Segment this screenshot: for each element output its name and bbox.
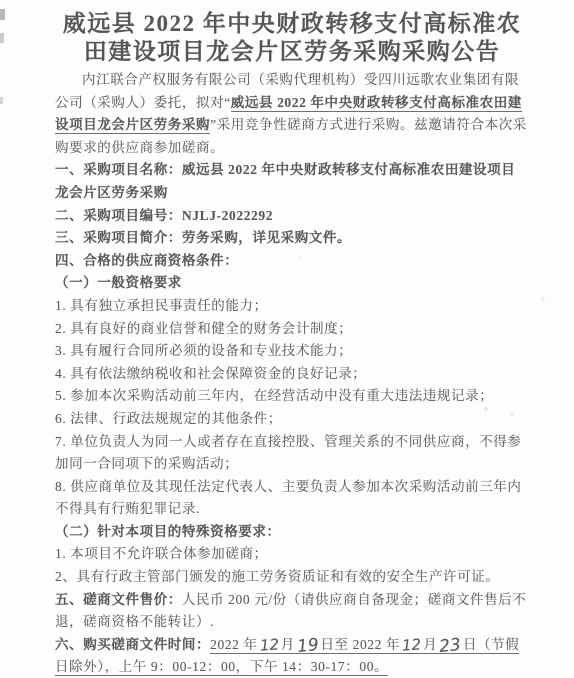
- requirement-item: 2、具有行政主管部门颁发的施工劳务资质证和有效的安全生产许可证。: [55, 566, 529, 589]
- open-quote: “: [224, 95, 231, 110]
- date-segment: 月: [281, 637, 295, 652]
- section-6-label: 六、购买磋商文件时间：: [55, 637, 210, 652]
- section-3-label: 三、采购项目简介：: [55, 230, 182, 245]
- section-1-name: 一、采购项目名称：威远县 2022 年中央财政转移支付高标准农田建设项目龙会片区…: [55, 159, 529, 204]
- section-3-value: 劳务采购，详见采购文件。: [182, 230, 351, 245]
- date-segment: 2022 年: [210, 637, 257, 652]
- intro-paragraph: 内江联合产权服务有限公司（采购代理机构）受四川远歌农业集团有限公司（采购人）委托…: [55, 69, 529, 159]
- requirement-item: 5. 参加本次采购活动前三年内，在经营活动中没有重大违法违规记录；: [55, 385, 529, 408]
- document-title: 威远县 2022 年中央财政转移支付高标准农田建设项目龙会片区劳务采购采购公告: [55, 10, 529, 65]
- scan-artifact: [0, 97, 3, 104]
- requirement-item: 1. 本项目不允许联合体参加磋商；: [55, 543, 529, 566]
- section-4-heading: 四、合格的供应商资格条件：: [55, 250, 529, 273]
- handwritten-day-1: 19: [294, 637, 321, 657]
- scan-artifact: [0, 9, 5, 20]
- section-5-price: 五、磋商文件售价：人民币 200 元/份（请供应商自备现金；磋商文件售后不退，磋…: [55, 589, 529, 634]
- requirement-item: 4. 具有依法缴纳税收和社会保障资金的良好记录；: [55, 363, 529, 386]
- section-2-label: 二、采购项目编号：: [55, 208, 182, 223]
- section-3-summary: 三、采购项目简介：劳务采购，详见采购文件。: [55, 227, 529, 250]
- document-page: 威远县 2022 年中央财政转移支付高标准农田建设项目龙会片区劳务采购采购公告 …: [0, 0, 574, 678]
- section-2-number: 二、采购项目编号：NJLJ-2022292: [55, 205, 529, 228]
- general-requirements-heading: （一）一般资格要求: [55, 272, 529, 295]
- requirement-item: 3. 具有履行合同所必须的设备和专业技术能力；: [55, 340, 529, 363]
- close-quote: ”: [210, 117, 217, 132]
- requirement-item: 8. 供应商单位及其现任法定代表人、主要负责人参加本次采购活动前三年内不得具有行…: [55, 476, 529, 521]
- special-requirements-heading: （二）针对本项目的特殊资格要求：: [55, 521, 529, 544]
- handwritten-month-1: 12: [257, 637, 281, 654]
- document-body: 威远县 2022 年中央财政转移支付高标准农田建设项目龙会片区劳务采购采购公告 …: [55, 10, 529, 678]
- handwritten-month-2: 12: [400, 637, 424, 654]
- section-1-label: 一、采购项目名称：: [55, 162, 182, 177]
- requirement-item: 6. 法律、行政法规规定的其他条件；: [55, 408, 529, 431]
- requirement-item: 7. 单位负责人为同一人或者存在直接控股、管理关系的不同供应商，不得参加同一合同…: [55, 431, 529, 476]
- section-5-label: 五、磋商文件售价：: [55, 592, 182, 607]
- requirement-item: 2. 具有良好的商业信誉和健全的财务会计制度；: [55, 318, 529, 341]
- scan-artifact: [0, 33, 4, 43]
- requirement-item: 1. 具有独立承担民事责任的能力；: [55, 295, 529, 318]
- time-segment: 上午 9：00-12：00，下午 14：30-17：00。: [119, 659, 388, 674]
- date-segment: 月: [423, 637, 437, 652]
- handwritten-day-2: 23: [437, 637, 464, 657]
- date-segment: 日至 2022 年: [320, 637, 400, 652]
- section-6-time: 六、购买磋商文件时间：2022 年12月19日至 2022 年12月23日（节假…: [55, 634, 529, 678]
- section-2-value: NJLJ-2022292: [182, 208, 273, 223]
